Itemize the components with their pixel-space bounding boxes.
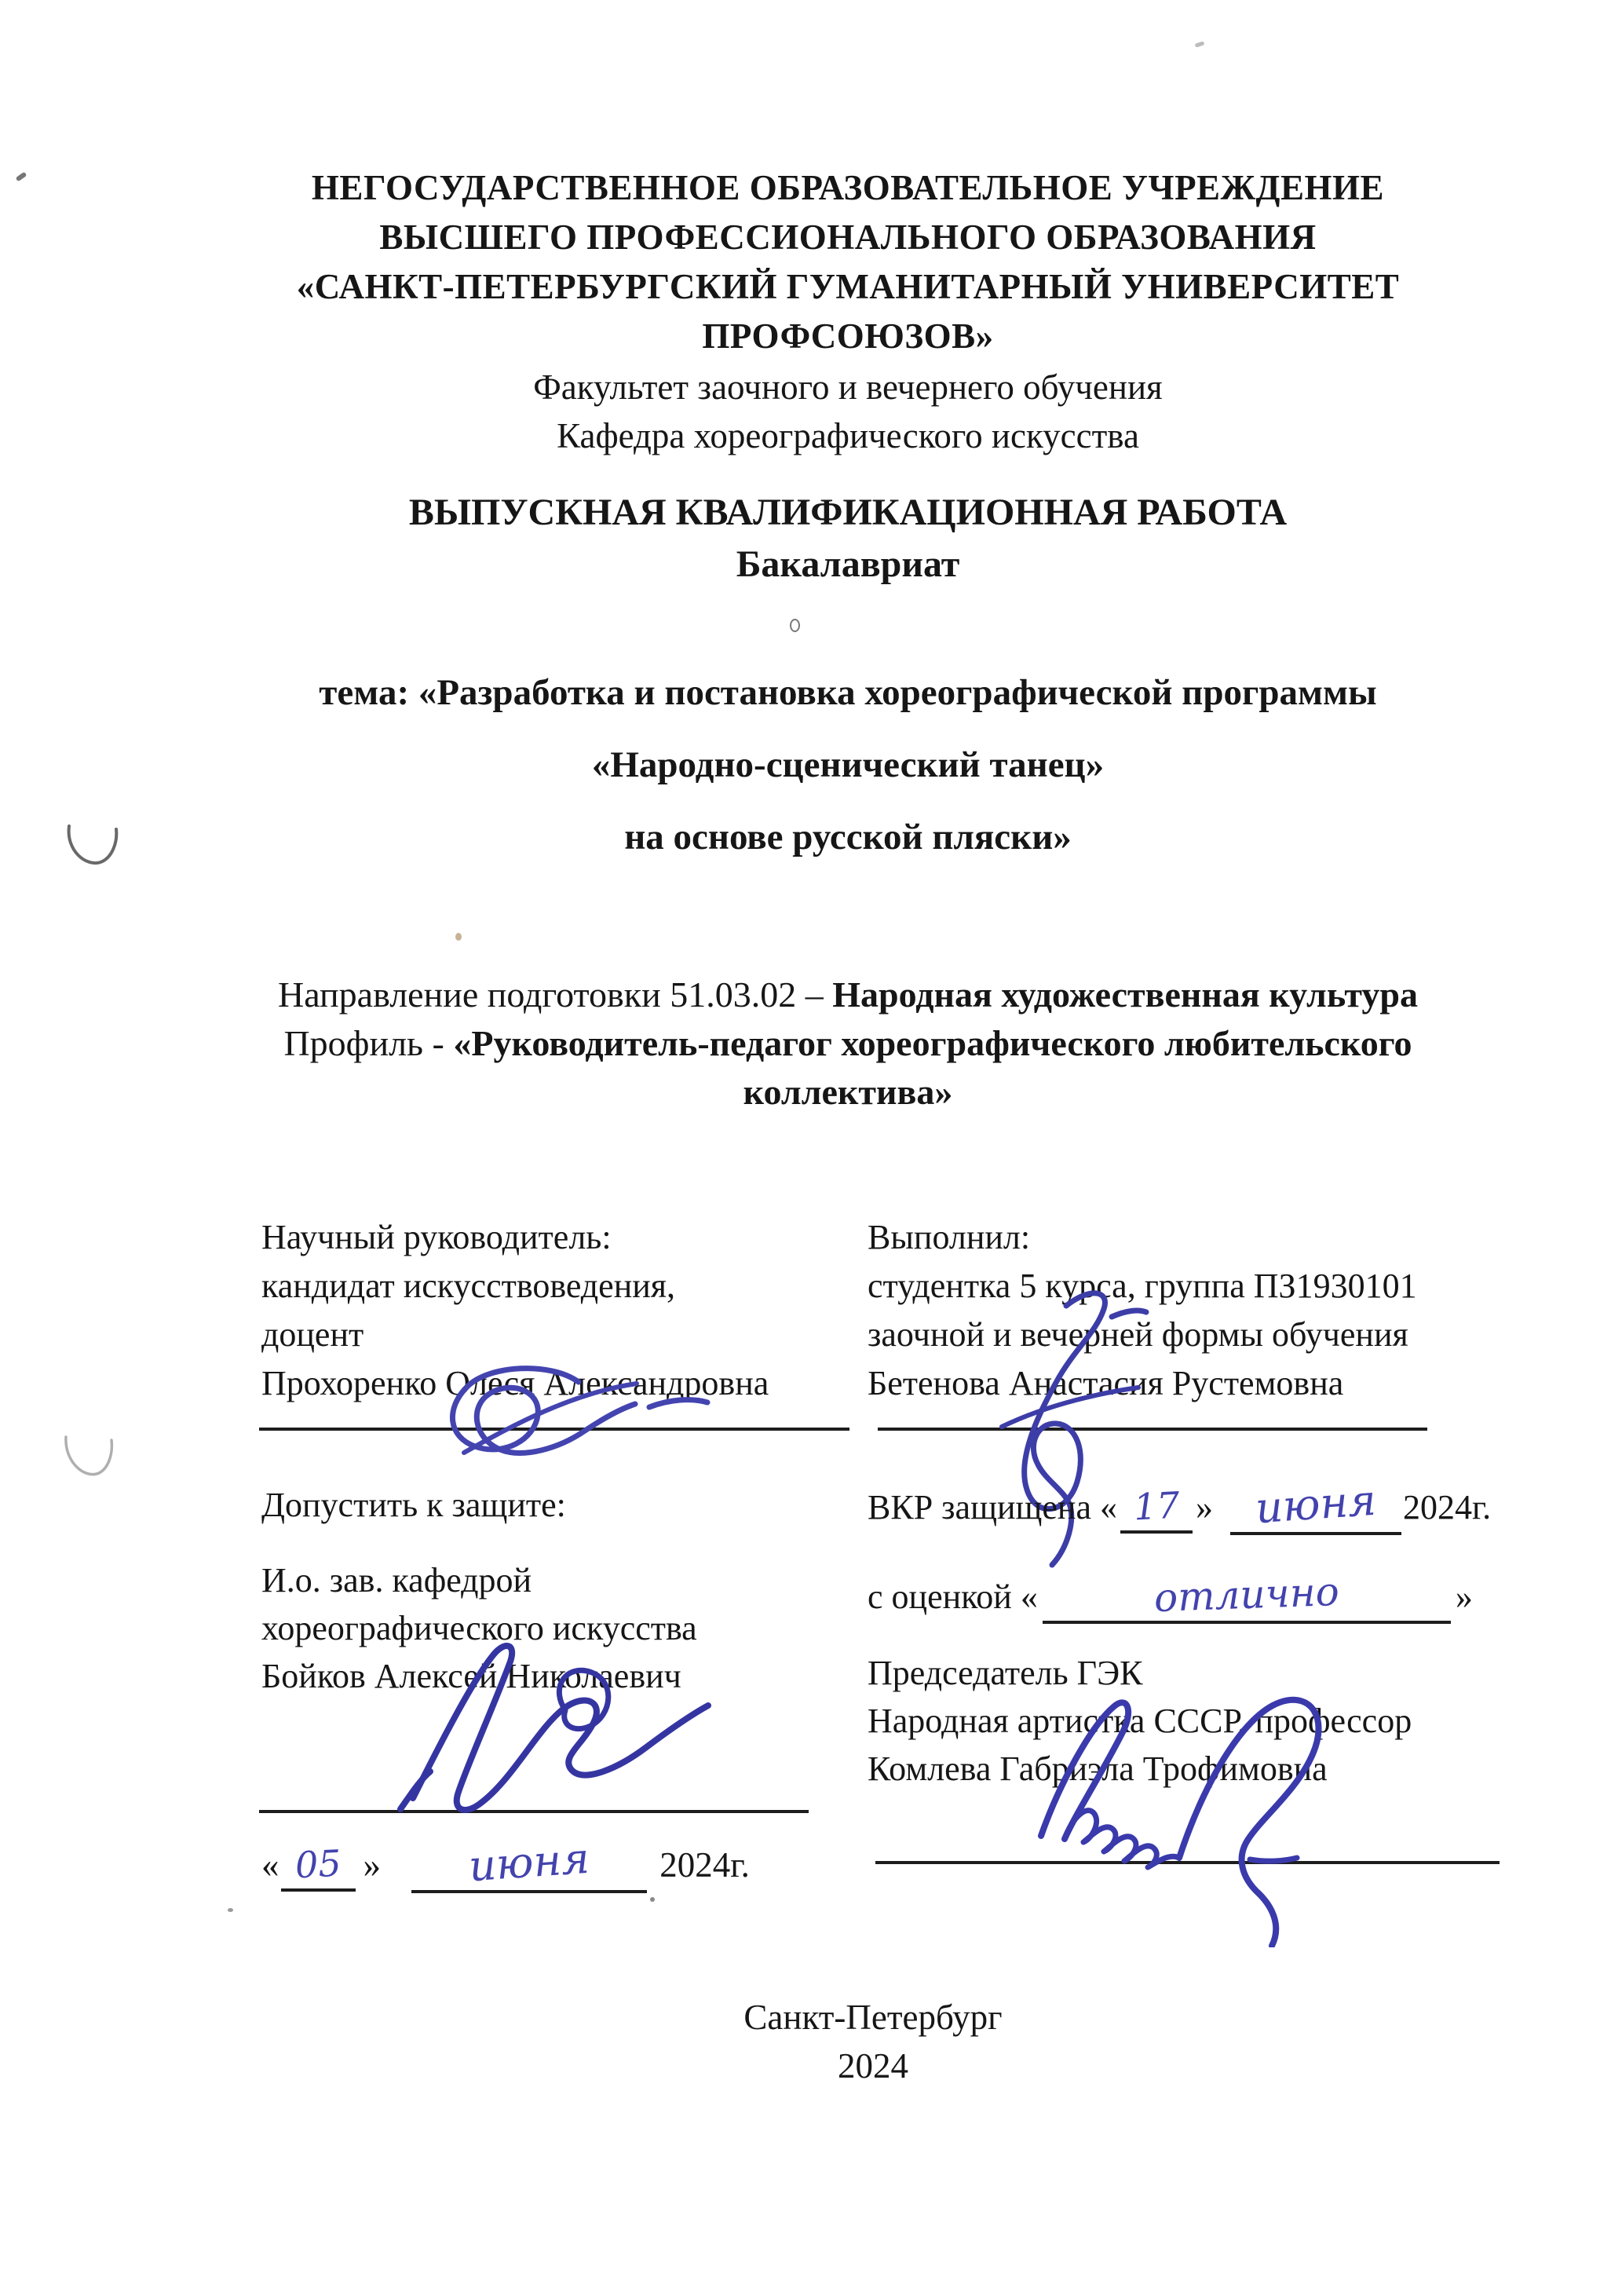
direction-line: Направление подготовки 51.03.02 – Народн…: [79, 971, 1617, 1019]
grade-prefix: с оценкой «: [868, 1578, 1038, 1616]
theme-block: тема: «Разработка и постановка хореограф…: [79, 656, 1617, 873]
program-block: Направление подготовки 51.03.02 – Народн…: [79, 971, 1617, 1117]
profile-label: Профиль -: [283, 1023, 453, 1063]
grade-row: с оценкой «отлично»: [868, 1572, 1473, 1624]
scan-speck-6: [1195, 41, 1205, 47]
scanned-thesis-title-page: { "header": { "org_line1": "НЕГОСУДАРСТВ…: [0, 0, 1622, 2296]
admission-day-underline: 05: [281, 1843, 356, 1892]
faculty-block: Факультет заочного и вечернего обучения …: [79, 363, 1617, 460]
theme-line-2: «Народно-сценический танец»: [79, 729, 1617, 801]
work-type-block: ВЫПУСКНАЯ КВАЛИФИКАЦИОННАЯ РАБОТА Бакала…: [79, 487, 1617, 590]
defense-prefix: ВКР защищена «: [868, 1488, 1117, 1526]
profile-value-line-2: коллектива»: [743, 1072, 953, 1112]
student-heading: Выполнил:: [868, 1213, 1417, 1262]
acting-head-line-1: И.о. зав. кафедрой: [261, 1556, 697, 1604]
gek-chair-signature: [980, 1673, 1443, 1947]
profile-line-2: коллектива»: [79, 1068, 1617, 1117]
footer-block: Санкт-Петербург 2024: [104, 1993, 1622, 2090]
supervisor-signature: [396, 1358, 711, 1468]
footer-year: 2024: [104, 2042, 1622, 2090]
admission-month-handwritten: июня: [467, 1834, 591, 1892]
footer-city: Санкт-Петербург: [104, 1993, 1622, 2042]
scan-speck-1: [16, 172, 27, 182]
org-name-line-2: ВЫСШЕГО ПРОФЕССИОНАЛЬНОГО ОБРАЗОВАНИЯ: [79, 213, 1617, 262]
admission-year: 2024г.: [659, 1845, 750, 1885]
org-name-block: НЕГОСУДАРСТВЕННОЕ ОБРАЗОВАТЕЛЬНОЕ УЧРЕЖД…: [79, 163, 1617, 361]
admission-date-row: «05» июня2024г.: [261, 1837, 750, 1893]
scan-curve-artifact-1: [63, 821, 122, 872]
admission-day-handwritten: 05: [294, 1842, 342, 1887]
defense-day-handwritten: 17: [1132, 1484, 1180, 1529]
defense-quote-close: »: [1196, 1488, 1213, 1526]
org-name-line-3: «САНКТ-ПЕТЕРБУРГСКИЙ ГУМАНИТАРНЫЙ УНИВЕР…: [79, 262, 1617, 312]
org-name-line-1: НЕГОСУДАРСТВЕННОЕ ОБРАЗОВАТЕЛЬНОЕ УЧРЕЖД…: [79, 163, 1617, 213]
theme-line-3: на основе русской пляски»: [79, 801, 1617, 873]
direction-label: Направление подготовки 51.03.02 –: [278, 974, 832, 1015]
admission-heading-block: Допустить к защите:: [261, 1481, 566, 1530]
defense-year: 2024г.: [1403, 1488, 1491, 1526]
profile-line: Профиль - «Руководитель-педагог хореогра…: [79, 1019, 1617, 1068]
admission-month-underline: июня: [411, 1837, 647, 1893]
grade-underline: отлично: [1043, 1572, 1451, 1624]
scan-speck-4: [650, 1897, 655, 1902]
supervisor-rank: доцент: [261, 1311, 769, 1359]
work-type-title: ВЫПУСКНАЯ КВАЛИФИКАЦИОННАЯ РАБОТА: [79, 487, 1617, 539]
scan-speck-3: [455, 933, 462, 941]
admission-quote-close: »: [363, 1845, 382, 1885]
scan-speck-5: [228, 1908, 233, 1912]
supervisor-degree: кандидат искусствоведения,: [261, 1262, 769, 1311]
scan-speck-2: [790, 619, 800, 632]
faculty-line: Факультет заочного и вечернего обучения: [79, 363, 1617, 411]
defense-date-row: ВКР защищена «17»июня2024г.: [868, 1479, 1491, 1535]
degree-level: Бакалавриат: [79, 539, 1617, 590]
theme-line-1: тема: «Разработка и постановка хореограф…: [79, 656, 1617, 729]
supervisor-heading: Научный руководитель:: [261, 1213, 769, 1262]
org-name-line-4: ПРОФСОЮЗОВ»: [79, 312, 1617, 361]
defense-month-underline: июня: [1230, 1479, 1401, 1535]
grade-handwritten: отлично: [1153, 1569, 1340, 1621]
admission-heading: Допустить к защите:: [261, 1481, 566, 1530]
scan-curve-artifact-2: [58, 1434, 118, 1486]
department-line: Кафедра хореографического искусства: [79, 411, 1617, 460]
profile-value-line-1: «Руководитель-педагог хореографического …: [453, 1023, 1412, 1063]
defense-month-handwritten: июня: [1254, 1475, 1378, 1534]
defense-day-underline: 17: [1120, 1485, 1193, 1534]
admission-quote-open: «: [261, 1845, 279, 1885]
direction-value: Народная художественная культура: [832, 974, 1418, 1015]
grade-quote-close: »: [1456, 1578, 1473, 1616]
dept-head-signature: [367, 1627, 736, 1823]
